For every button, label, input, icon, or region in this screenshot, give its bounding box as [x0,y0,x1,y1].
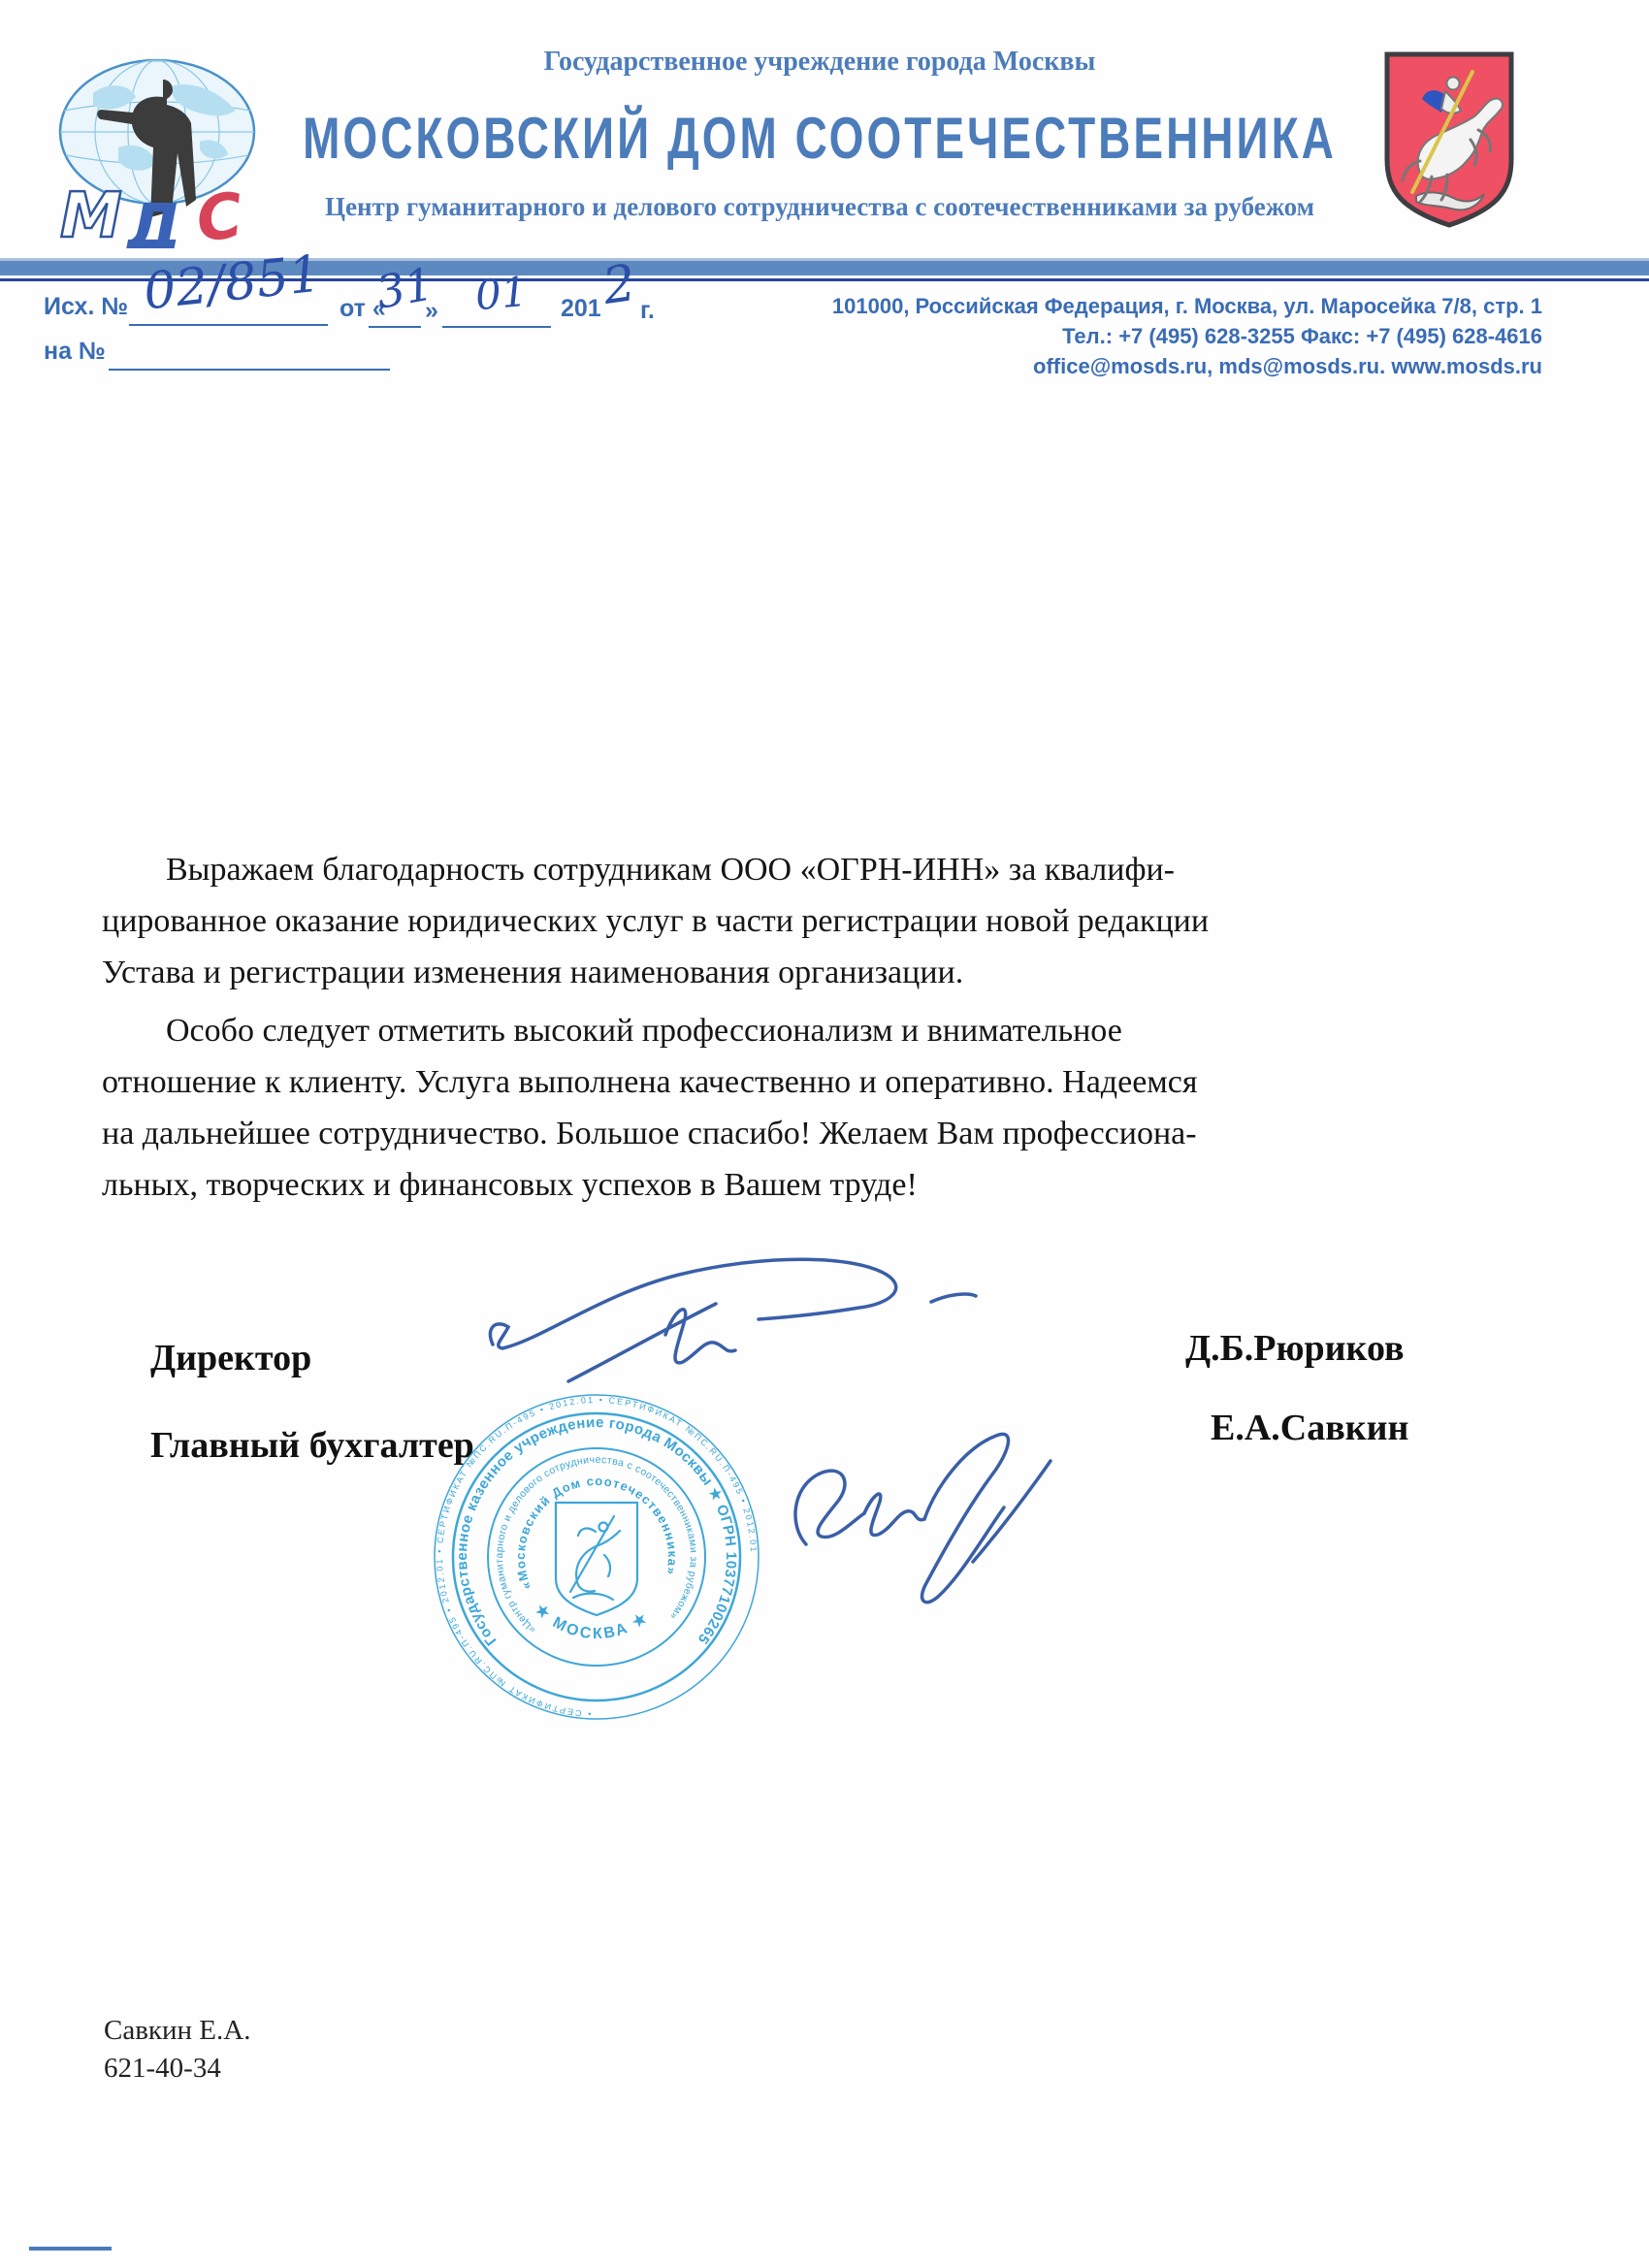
date-day-blank [369,324,421,328]
institution-type-label: Государственное учреждение города Москвы [262,47,1377,78]
mds-globe-logo-icon: М Д С [54,54,262,248]
director-title: Директор [150,1337,311,1379]
incoming-number-label: на № [44,338,106,366]
organization-subtitle: Центр гуманитарного и делового сотруднич… [262,192,1377,222]
logo-letter-m: М [60,180,122,248]
contact-phone-fax: Тел.: +7 (495) 628-3255 Факс: +7 (495) 6… [832,321,1542,351]
accountant-signature [771,1418,1082,1632]
body-paragraph-1: Выражаем благодарность сотрудникам ООО «… [102,844,1479,998]
body-paragraph-2: Особо следует отметить высокий профессио… [102,1005,1479,1211]
moscow-coat-of-arms-icon [1377,45,1521,231]
contact-block: 101000, Российская Федерация, г. Москва,… [832,291,1542,381]
stamp-outer-ring-textpath: • СЕРТИФИКАТ №ПС.RU.П-495 • 2012.01 • СЕ… [435,1395,759,1719]
year-suffix: г. [640,297,655,325]
stamp-bottom-text: ★ МОСКВА ★ [532,1601,652,1642]
director-signature [475,1249,999,1405]
contact-web-emails: office@mosds.ru, mds@mosds.ru. www.mosds… [832,351,1542,381]
stamp-outer-ring-text: • СЕРТИФИКАТ №ПС.RU.П-495 • 2012.01 • СЕ… [435,1395,759,1719]
year-printed: 201 [561,295,601,323]
executor-phone: 621-40-34 [104,2050,250,2088]
stamp-center-shield [556,1503,637,1615]
logo-letter-d: Д [124,192,181,248]
stamp-ring3-text: «Московский Дом соотечественника» [513,1474,680,1592]
letter-body: Выражаем благодарность сотрудникам ООО «… [102,844,1479,1211]
date-month-blank [442,324,551,328]
executor-name: Савкин Е.А. [104,2012,250,2050]
incoming-number-blank [109,367,390,371]
director-name: Д.Б.Рюриков [1185,1327,1405,1370]
stamp-bottom-textpath: ★ МОСКВА ★ [532,1601,652,1642]
accountant-title: Главный бухгалтер [150,1424,474,1467]
quote-close-label: » [425,297,438,325]
accountant-name: Е.А.Савкин [1211,1407,1408,1449]
date-month-handwritten: 01 [473,268,530,319]
scan-artifact-line [29,2247,112,2251]
official-stamp-seal: • СЕРТИФИКАТ №ПС.RU.П-495 • 2012.01 • СЕ… [427,1387,766,1727]
outgoing-number-blank [129,322,328,326]
organization-name: МОСКОВСКИЙ ДОМ СООТЕЧЕСТВЕННИКА [262,103,1377,155]
contact-address: 101000, Российская Федерация, г. Москва,… [832,291,1542,321]
outgoing-number-label: Исх. № [44,293,128,321]
stamp-ring3-textpath: «Московский Дом соотечественника» [513,1474,680,1592]
logo-letter-s: С [193,180,245,248]
outgoing-number-handwritten: 02/851 [141,245,323,322]
organization-name-text: МОСКОВСКИЙ ДОМ СООТЕЧЕСТВЕННИКА [303,103,1337,172]
letter-document: М Д С Государственное учреждение города … [0,0,1649,2268]
executor-block: Савкин Е.А. 621-40-34 [104,2012,250,2088]
